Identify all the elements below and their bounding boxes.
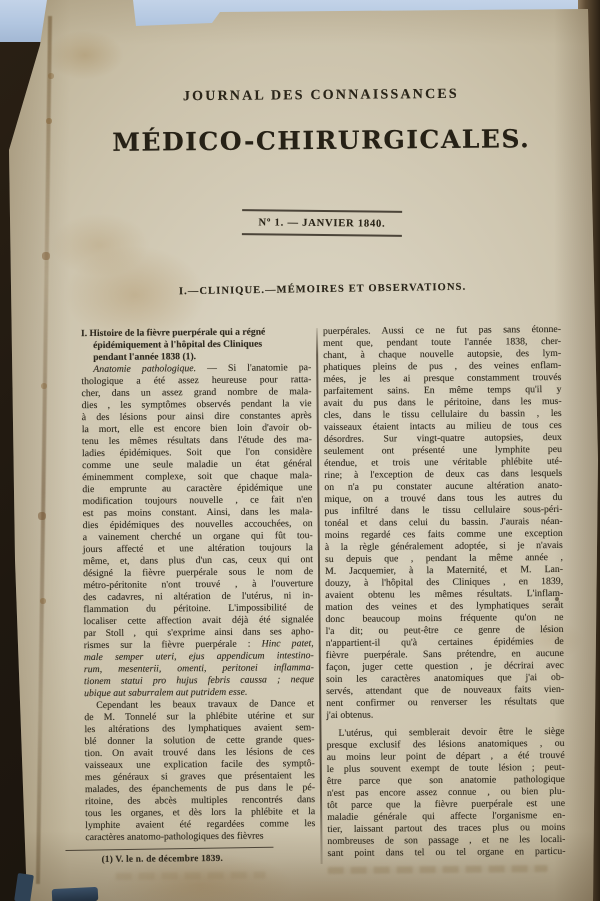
text-segment: des cadavres, ni altération de l'utérus,…	[83, 590, 313, 603]
text-segment: M. Jacquemier, à la Maternité, et M. Lan…	[325, 564, 563, 577]
ink-bleedthrough-left	[116, 872, 266, 880]
text-segment: étendue, et trois une véritable phlébite…	[324, 456, 562, 469]
text-segment: rismes sur la fièvre puerpérale :	[84, 639, 262, 652]
text-segment: cles, dans le tissu cellulaire du bassin…	[324, 408, 562, 421]
text-segment: thologique a été assez heureuse pour rat…	[81, 374, 311, 387]
text-segment: j'ai obtenus.	[326, 710, 373, 721]
text-segment: tion. On avait trouvé dans les lésions d…	[85, 746, 315, 759]
text-segment: pus infiltré dans le tissu cellulaire so…	[324, 504, 562, 517]
text-segment: servés, attendant que de nouveaux faits …	[326, 684, 564, 697]
text-segment: tous les organes, et dès lors la phlébit…	[85, 806, 315, 819]
text-line: nent confirmer ou renverser les résultat…	[326, 696, 564, 710]
text-segment: tenu les mêmes résultats dans l'étude de…	[82, 434, 312, 447]
text-segment: die emprunte au caractère épidémique une	[82, 482, 312, 495]
text-segment: nent confirmer ou renverser les résultat…	[326, 696, 564, 709]
text-segment: n'est pas encore assez connue , ou bien …	[327, 786, 565, 799]
journal-name: JOURNAL DES CONNAISSANCES	[79, 86, 563, 106]
text-segment: par Stoll , qui s'exprime ainsi dans ses…	[84, 626, 314, 639]
footnote: (1) V. le n. de décembre 1839.	[86, 852, 316, 866]
text-segment: modification toujours nouvelle , ce fait…	[82, 494, 312, 507]
journal-title: MÉDICO-CHIRURGICALES.	[79, 124, 563, 157]
text-line: j'ai obtenus.	[326, 708, 564, 722]
text-segment: ladies épidémiques. Soit que l'on consid…	[82, 446, 312, 459]
text-segment: façon, juger cette question , je décrira…	[326, 660, 564, 673]
issue-label: Nº 1. — JANVIER 1840.	[258, 217, 385, 229]
text-segment: Hinc patet,	[261, 638, 313, 649]
text-segment: désigné la fièvre puerpérale sous le nom…	[83, 566, 313, 579]
text-segment: Cependant les beaux travaux de Dance et	[96, 698, 314, 711]
text-segment: la mort, elle est encore bien loin d'avo…	[82, 422, 312, 435]
text-segment: — Si l'anatomie pa-	[196, 362, 311, 374]
text-segment: seulement ont présenté une lymphite peu	[324, 444, 562, 457]
text-segment: même, et, dans plus d'un cas, ceux qui o…	[83, 554, 313, 567]
text-segment: sant point dans tel ou tel organe en par…	[327, 846, 565, 859]
text-segment: caractères anatomo-pathologiques des fiè…	[85, 831, 263, 844]
issue-box: Nº 1. — JANVIER 1840.	[242, 209, 402, 237]
book-page: JOURNAL DES CONNAISSANCES MÉDICO-CHIRURG…	[0, 0, 600, 901]
text-segment: mées, je les ai presque constamment trou…	[323, 372, 561, 385]
text-line: lymphite avaient été regardées comme les	[85, 818, 315, 832]
text-segment: maladie générale qui affecte l'organisme…	[327, 810, 565, 823]
text-segment: pendant l'année 1838 (1).	[93, 351, 196, 363]
text-segment: moins regardé ces faits comme une except…	[325, 528, 563, 541]
text-segment: l'a dit; ou peut-être ce genre de lésion	[326, 624, 564, 637]
text-segment: a vainement cherché un organe qui fût to…	[83, 530, 313, 543]
text-segment: puerpérales. Aussi ce ne fut pas sans ét…	[323, 324, 561, 337]
text-segment: ment que, pendant toute l'année 1838, ch…	[323, 336, 561, 349]
text-segment: être parce que son anatomie pathologique	[327, 774, 565, 787]
left-column: I. Histoire de la fièvre puerpérale qui …	[81, 326, 316, 880]
text-segment: éminemment complexe, soit que chaque mal…	[82, 470, 312, 483]
text-segment: Anatomie pathologique.	[93, 363, 196, 375]
right-column-lines: puerpérales. Aussi ce ne fut pas sans ét…	[323, 324, 566, 860]
text-segment: flammation du péritoine. L'impossibilité…	[83, 602, 313, 615]
text-segment: ritoine, des abcès multiples rencontrés …	[85, 794, 315, 807]
text-segment: nombreuses de son passage , et ne les lo…	[327, 834, 565, 847]
text-segment: comme une seule maladie un état général	[82, 458, 312, 471]
text-segment: dies épidémiques des nouvelles accouchée…	[83, 518, 313, 531]
page-content: JOURNAL DES CONNAISSANCES MÉDICO-CHIRURG…	[78, 0, 570, 901]
text-segment: les altérations des lymphatiques avaient…	[84, 722, 314, 735]
text-segment: fièvre puerpérale. Sans prétendre, en au…	[326, 648, 564, 661]
text-segment: localiser cette affection avait déjà été…	[83, 614, 313, 627]
text-segment: désordres. Sur vingt-quatre autopsies, d…	[324, 432, 562, 445]
text-segment: tonéal et dans celui du bassin. J'aurais…	[325, 516, 563, 529]
text-segment: on n'a pu constater aucune altération an…	[324, 480, 562, 493]
text-segment: de M. Tonnelé sur la phlébite utérine et…	[84, 710, 314, 723]
text-segment: rine; à l'exception de deux cas dans les…	[324, 468, 562, 481]
text-segment: métro-péritonite n'ont trouvé , à l'ouve…	[83, 578, 313, 591]
photo-of-antique-journal-page: { "photo": { "description_palette": { "p…	[0, 0, 600, 901]
right-column: puerpérales. Aussi ce ne fut pas sans ét…	[323, 324, 566, 878]
text-segment: mes généraux si graves que présentaient …	[85, 770, 315, 783]
text-segment: cher, dans un assez grand nombre de mala…	[81, 386, 311, 399]
text-segment: L'utérus, qui semblerait devoir être le …	[338, 726, 564, 739]
column-divider	[316, 328, 323, 864]
text-segment: vaisseaux une explication facile des sym…	[85, 758, 315, 771]
page-crease	[36, 16, 52, 884]
text-line: caractères anatomo-pathologiques des fiè…	[85, 830, 315, 844]
text-segment: à la règle généralement adoptée, si je n…	[325, 540, 563, 553]
section-heading: I.—CLINIQUE.—MÉMOIRES ET OBSERVATIONS.	[81, 280, 565, 299]
text-segment: à des lésions pour ainsi dire constantes…	[82, 410, 312, 423]
text-segment: lymphite avaient été regardées comme les	[85, 818, 315, 831]
text-segment: avait du pus dans le péritoine, dans les…	[324, 396, 562, 409]
ink-bleedthrough-right	[328, 865, 548, 874]
text-segment: blé donner la solution de cette grande q…	[84, 734, 314, 747]
text-segment: jours affecté et une altération toujours…	[83, 542, 313, 555]
text-segment: est pas moins constant. Ainsi, dans les …	[82, 506, 312, 519]
book-cover-fragment	[52, 887, 99, 901]
text-segment: presque exclusif des lésions anatomiques…	[327, 738, 565, 751]
text-segment: tionem statui pro hujus febris caussa ; …	[84, 674, 314, 687]
text-segment: mation des veines et des lymphatiques se…	[325, 600, 563, 613]
text-segment: au moins leur point de départ , a été tr…	[327, 750, 565, 763]
photo-scene: JOURNAL DES CONNAISSANCES MÉDICO-CHIRURG…	[0, 0, 600, 901]
text-segment: mique, on a trouvé dans tous les autres …	[324, 492, 562, 505]
text-segment: soin les caractères anatomiques que j'ai…	[326, 672, 564, 685]
article-columns: I. Histoire de la fièvre puerpérale qui …	[81, 324, 566, 880]
text-segment: douzy, à l'hôpital des Cliniques , en 18…	[325, 576, 563, 589]
text-segment: épidémiquement à l'hôpital des Cliniques	[93, 339, 262, 351]
text-segment: rum, mesenterii, omenti, peritonei infla…	[84, 662, 314, 675]
text-line: sant point dans tel ou tel organe en par…	[327, 846, 565, 860]
text-segment: donc beaucoup moins fréquente qu'on ne	[325, 612, 563, 625]
text-segment: chant, à chaque nouvelle autopsie, des l…	[323, 348, 561, 361]
text-segment: n'appartient-il qu'à certaines épidémies…	[326, 636, 564, 649]
text-segment: phatiques pleins de pus , des veines enf…	[323, 360, 561, 373]
footnote-rule	[65, 847, 273, 851]
text-segment: tôt parce que la fièvre puerpérale est u…	[327, 798, 565, 811]
left-column-lines: I. Histoire de la fièvre puerpérale qui …	[81, 326, 315, 844]
text-segment: le plus souvent exempt de toute lésion ;…	[327, 762, 565, 775]
text-segment: male semper uteri, ejus appendicum intes…	[84, 650, 314, 663]
text-segment: dies , les symptômes observés pendant la…	[82, 398, 312, 411]
text-segment: malades, des épanchements de pus dans le…	[85, 782, 315, 795]
text-segment: I. Histoire de la fièvre puerpérale qui …	[81, 327, 265, 340]
text-segment: vaisseaux étaient intacts au milieu de t…	[324, 420, 562, 433]
text-segment: su depuis que , pendant la même année ,	[325, 552, 563, 565]
text-segment: tier, laissant partout des traces plus o…	[327, 822, 565, 835]
text-segment: ubique aut saburralem aut putridem esse.	[84, 687, 247, 699]
text-line: tionem statui pro hujus febris caussa ; …	[84, 674, 314, 688]
text-segment: avaient obtenu les mêmes résultats. L'in…	[325, 588, 563, 601]
text-segment: parfaitement sains. En même temps qu'il …	[323, 384, 561, 397]
